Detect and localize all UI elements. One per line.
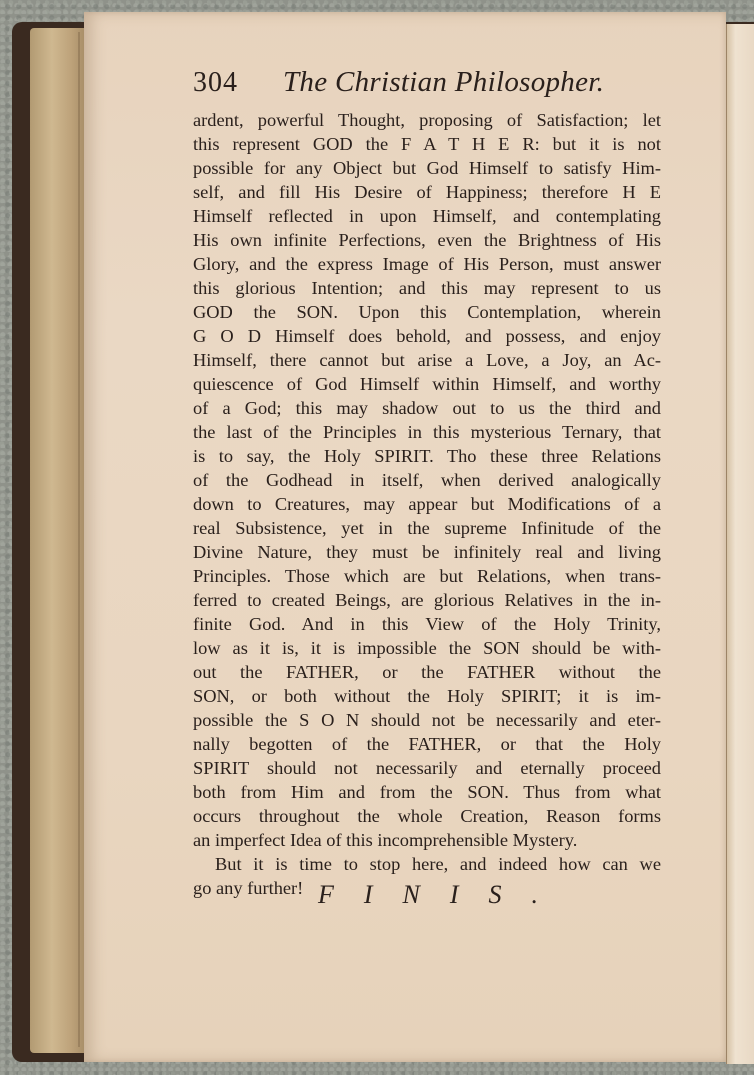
- text-line: Divine Nature, they must be infinitely r…: [193, 540, 661, 564]
- text-line: this glorious Intention; and this may re…: [193, 276, 661, 300]
- book-gutter: [30, 28, 85, 1053]
- text-line: Glory, and the express Image of His Pers…: [193, 252, 661, 276]
- text-line: G O D Himself does behold, and possess, …: [193, 324, 661, 348]
- text-line: both from Him and from the SON. Thus fro…: [193, 780, 661, 804]
- text-line: ferred to created Beings, are glorious R…: [193, 588, 661, 612]
- text-line: real Subsistence, yet in the supreme Inf…: [193, 516, 661, 540]
- text-line: SPIRIT should not necessarily and eterna…: [193, 756, 661, 780]
- text-line: Himself reflected in upon Himself, and c…: [193, 204, 661, 228]
- text-line: down to Creatures, may appear but Modifi…: [193, 492, 661, 516]
- text-line: But it is time to stop here, and indeed …: [193, 852, 661, 876]
- text-line: out the FATHER, or the FATHER without th…: [193, 660, 661, 684]
- text-line: Himself, there cannot but arise a Love, …: [193, 348, 661, 372]
- text-line: Principles. Those which are but Relation…: [193, 564, 661, 588]
- text-line: finite God. And in this View of the Holy…: [193, 612, 661, 636]
- body-text: ardent, powerful Thought, proposing of S…: [193, 108, 661, 900]
- page-text-block: 304 The Christian Philosopher. ardent, p…: [193, 66, 661, 900]
- text-line: possible the S O N should not be necessa…: [193, 708, 661, 732]
- page-number: 304: [193, 67, 283, 99]
- adjacent-page-edge: [726, 24, 754, 1064]
- text-line: is to say, the Holy SPIRIT. Tho these th…: [193, 444, 661, 468]
- text-line: of a God; this may shadow out to us the …: [193, 396, 661, 420]
- text-line: occurs throughout the whole Creation, Re…: [193, 804, 661, 828]
- text-line: this represent GOD the F A T H E R: but …: [193, 132, 661, 156]
- gutter-crease: [78, 32, 80, 1047]
- book-title: The Christian Philosopher.: [283, 66, 604, 99]
- text-line: SON, or both without the Holy SPIRIT; it…: [193, 684, 661, 708]
- text-line: His own infinite Perfections, even the B…: [193, 228, 661, 252]
- closing-finis: FINIS.: [318, 880, 568, 910]
- text-line: nally begotten of the FATHER, or that th…: [193, 732, 661, 756]
- text-line: quiescence of God Himself within Himself…: [193, 372, 661, 396]
- text-line: an imperfect Idea of this incomprehensib…: [193, 828, 661, 852]
- text-line: the last of the Principles in this myste…: [193, 420, 661, 444]
- text-line: of the Godhead in itself, when derived a…: [193, 468, 661, 492]
- text-line: low as it is, it is impossible the SON s…: [193, 636, 661, 660]
- text-line: ardent, powerful Thought, proposing of S…: [193, 108, 661, 132]
- running-head: 304 The Christian Philosopher.: [193, 66, 661, 106]
- text-line: GOD the SON. Upon this Contemplation, wh…: [193, 300, 661, 324]
- text-line: possible for any Object but God Himself …: [193, 156, 661, 180]
- text-line: self, and fill His Desire of Happiness; …: [193, 180, 661, 204]
